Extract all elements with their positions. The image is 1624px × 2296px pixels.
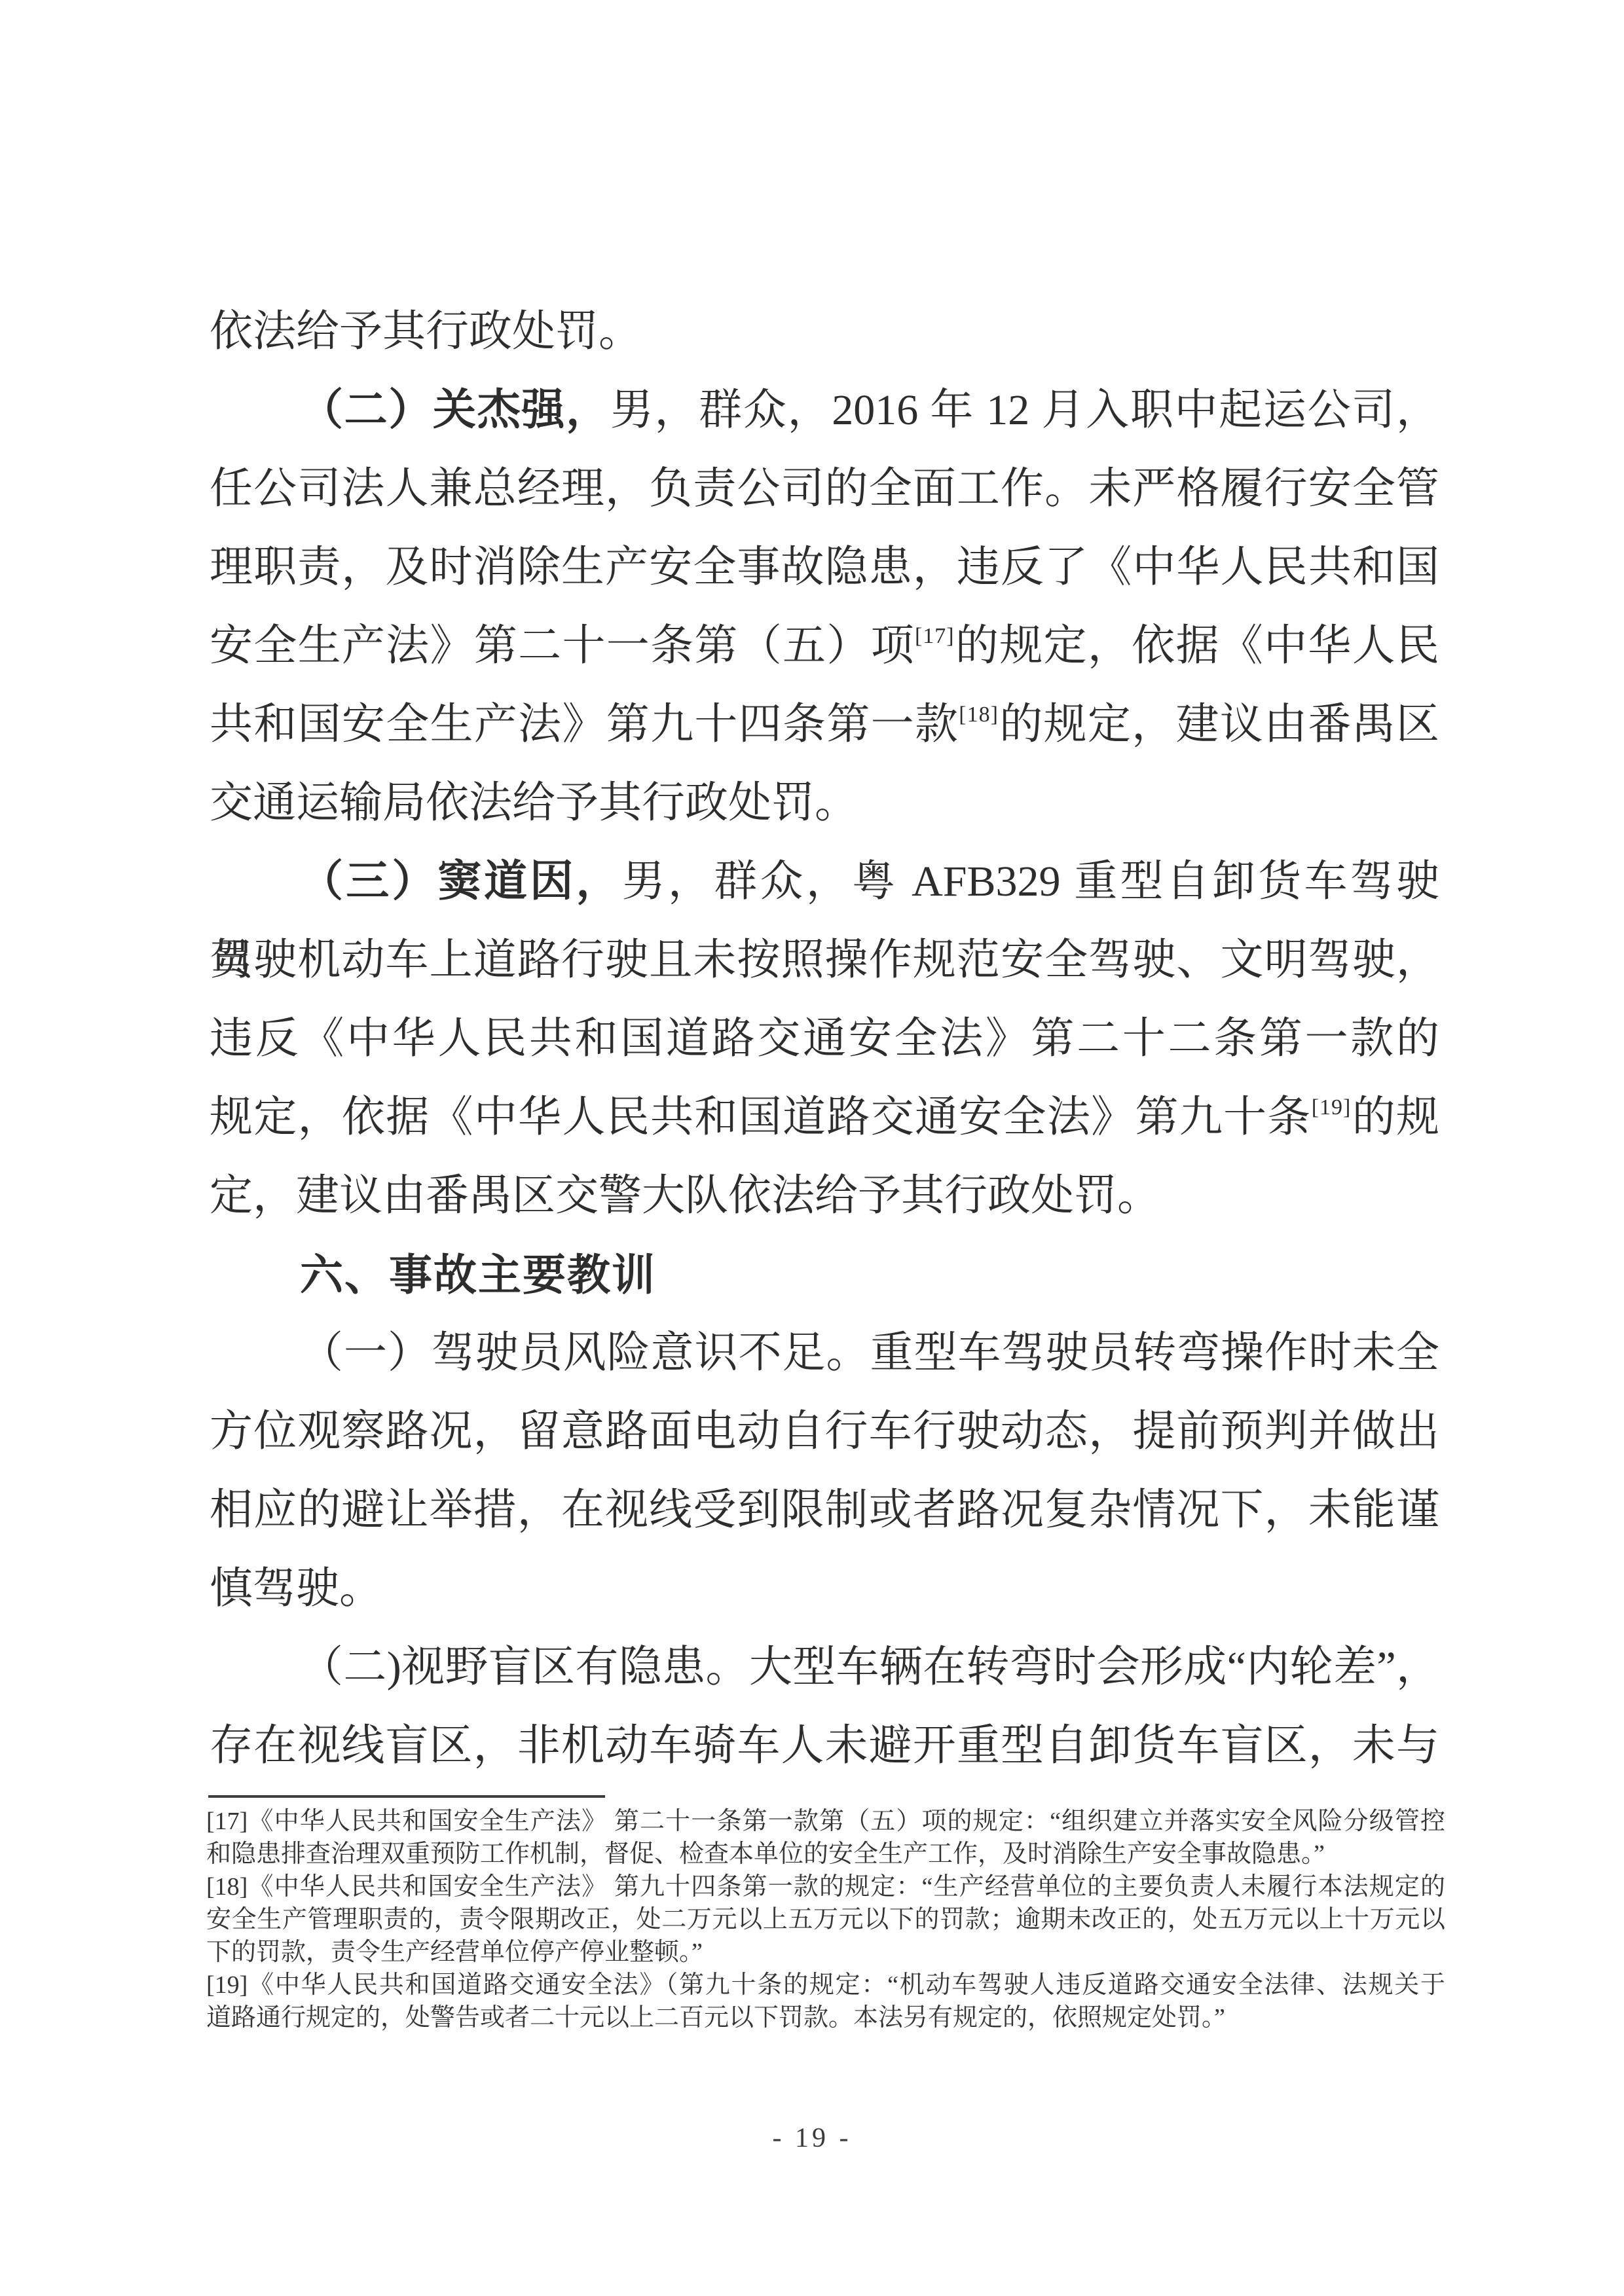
body-line: 方位观察路况，留意路面电动自行车行驶动态，提前预判并做出: [210, 1393, 1439, 1471]
page-number-text: - 19 -: [773, 2123, 852, 2153]
body-line-text: 存在视线盲区，非机动车骑车人未避开重型自卸货车盲区，未与: [210, 1722, 1439, 1770]
body-line-text: 共和国安全生产法》第九十四条第一款: [210, 701, 959, 748]
body-line: 驾驶机动车上道路行驶且未按照操作规范安全驾驶、文明驾驶，: [210, 921, 1439, 1000]
body-line-text: 的规: [1351, 1093, 1439, 1141]
document-page: 依法给予其行政处罚。 （二）关杰强，男，群众，2016 年 12 月入职中起运公…: [0, 0, 1624, 2296]
footnote-text: 下的罚款，责令生产经营单位停产停业整顿。”: [206, 1939, 703, 1966]
section-heading-text: 六、事故主要教训: [300, 1250, 656, 1299]
body-line: 规定，依据《中华人民共和国道路交通安全法》第九十条[19]的规: [210, 1078, 1439, 1157]
footnote-line: [18]《中华人民共和国安全生产法》 第九十四条第一款的规定：“生产经营单位的主…: [206, 1870, 1445, 1903]
footnote-line: 下的罚款，责令生产经营单位停产停业整顿。”: [206, 1936, 1445, 1969]
body-line: 定，建议由番禺区交警大队依法给予其行政处罚。: [210, 1157, 1439, 1235]
footnote-text: 道路通行规定的，处警告或者二十元以上二百元以下罚款。本法另有规定的，依照规定处罚…: [206, 2004, 1225, 2032]
body-line: （二）关杰强，男，群众，2016 年 12 月入职中起运公司，: [210, 371, 1439, 450]
body-line: 理职责，及时消除生产安全事故隐患，违反了《中华人民共和国: [210, 528, 1439, 607]
body-line-text: 相应的避让举措，在视线受到限制或者路况复杂情况下，未能谨: [210, 1486, 1439, 1534]
footnote-line: 和隐患排查治理双重预防工作机制，督促、检查本单位的安全生产工作，及时消除生产安全…: [206, 1838, 1445, 1870]
body-line-text: （二)视野盲区有隐患。大型车辆在转弯时会形成“内轮差”，: [300, 1643, 1439, 1691]
body-line-text: 的规定，依据《中华人民: [955, 622, 1439, 670]
body-line: 交通运输局依法给予其行政处罚。: [210, 764, 1439, 843]
body-line-text: 慎驾驶。: [210, 1565, 382, 1613]
footnote-line: 道路通行规定的，处警告或者二十元以上二百元以下罚款。本法另有规定的，依照规定处罚…: [206, 2001, 1445, 2034]
body-line-text: 规定，依据《中华人民共和国道路交通安全法》第九十条: [210, 1093, 1312, 1141]
footnote-line: [19]《中华人民共和国道路交通安全法》（第九十条的规定：“机动车驾驶人违反道路…: [206, 1969, 1445, 2001]
body-line: 相应的避让举措，在视线受到限制或者路况复杂情况下，未能谨: [210, 1471, 1439, 1550]
body-line-text: 男，群众，2016 年 12 月入职中起运公司，: [610, 386, 1439, 434]
body-line-text: 任公司法人兼总经理，负责公司的全面工作。未严格履行安全管: [210, 465, 1439, 513]
footnote-ref-18: [18]: [959, 702, 999, 727]
footnote-text: [19]《中华人民共和国道路交通安全法》（第九十条的规定：“机动车驾驶人违反道路…: [206, 1971, 1445, 1999]
body-line-text: 违反《中华人民共和国道路交通安全法》第二十二条第一款的: [210, 1015, 1439, 1063]
footnote-separator: [208, 1795, 605, 1798]
person-name-bold: （三）窦道因，: [300, 858, 622, 905]
body-line: 安全生产法》第二十一条第（五）项[17]的规定，依据《中华人民: [210, 607, 1439, 685]
body-line-text: 定，建议由番禺区交警大队依法给予其行政处罚。: [210, 1172, 1160, 1220]
body-line: 任公司法人兼总经理，负责公司的全面工作。未严格履行安全管: [210, 450, 1439, 528]
body-line-text: 安全生产法》第二十一条第（五）项: [210, 622, 915, 670]
footnote-ref-17: [17]: [915, 624, 955, 648]
body-line-text: 方位观察路况，留意路面电动自行车行驶动态，提前预判并做出: [210, 1408, 1439, 1455]
body-line-text: 驾驶机动车上道路行驶且未按照操作规范安全驾驶、文明驾驶，: [210, 936, 1439, 984]
footnote-text: [18]《中华人民共和国安全生产法》 第九十四条第一款的规定：“生产经营单位的主…: [206, 1873, 1445, 1901]
person-name-bold: （二）关杰强，: [300, 386, 610, 434]
section-heading: 六、事故主要教训: [210, 1235, 1439, 1314]
body-line-text: 依法给予其行政处罚。: [210, 308, 642, 355]
body-line: 慎驾驶。: [210, 1550, 1439, 1628]
body-line: （三）窦道因，男，群众，粤 AFB329 重型自卸货车驾驶员，: [210, 843, 1439, 921]
body-line: 违反《中华人民共和国道路交通安全法》第二十二条第一款的: [210, 1000, 1439, 1078]
footnote-line: [17]《中华人民共和国安全生产法》 第二十一条第一款第（五）项的规定：“组织建…: [206, 1805, 1445, 1838]
body-line-text: 的规定，建议由番禺区: [999, 701, 1439, 748]
body-line: 共和国安全生产法》第九十四条第一款[18]的规定，建议由番禺区: [210, 685, 1439, 764]
body-line-text: 理职责，及时消除生产安全事故隐患，违反了《中华人民共和国: [210, 543, 1439, 591]
body-line-text: （一）驾驶员风险意识不足。重型车驾驶员转弯操作时未全: [300, 1329, 1439, 1377]
body-line: （一）驾驶员风险意识不足。重型车驾驶员转弯操作时未全: [210, 1314, 1439, 1393]
body-line: 依法给予其行政处罚。: [210, 293, 1439, 371]
footnote-text: 安全生产管理职责的，责令限期改正，处二万元以上五万元以下的罚款；逾期未改正的，处…: [206, 1906, 1445, 1933]
footnotes-section: [17]《中华人民共和国安全生产法》 第二十一条第一款第（五）项的规定：“组织建…: [206, 1805, 1445, 2034]
body-line: 存在视线盲区，非机动车骑车人未避开重型自卸货车盲区，未与: [210, 1707, 1439, 1785]
body-text: 依法给予其行政处罚。 （二）关杰强，男，群众，2016 年 12 月入职中起运公…: [210, 293, 1439, 1785]
page-number: - 19 -: [0, 2123, 1624, 2154]
footnote-line: 安全生产管理职责的，责令限期改正，处二万元以上五万元以下的罚款；逾期未改正的，处…: [206, 1903, 1445, 1936]
body-line-text: 交通运输局依法给予其行政处罚。: [210, 779, 858, 827]
footnote-ref-19: [19]: [1312, 1095, 1352, 1120]
footnote-text: [17]《中华人民共和国安全生产法》 第二十一条第一款第（五）项的规定：“组织建…: [206, 1808, 1445, 1835]
body-line: （二)视野盲区有隐患。大型车辆在转弯时会形成“内轮差”，: [210, 1628, 1439, 1707]
footnote-text: 和隐患排查治理双重预防工作机制，督促、检查本单位的安全生产工作，及时消除生产安全…: [206, 1840, 1325, 1868]
